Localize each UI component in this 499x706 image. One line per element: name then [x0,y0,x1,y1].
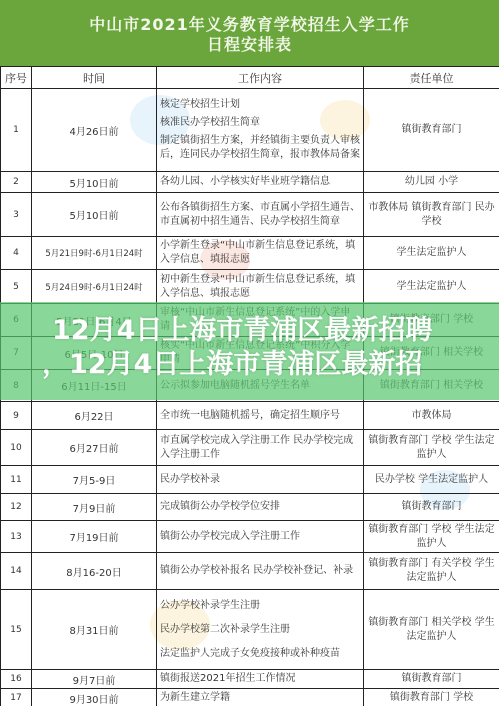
table-row: 10 6月27日前 市直属学校完成入学注册工作 民办学校完成入学注册工作 镇街教… [1,430,499,466]
table-row: 7 6月5日-10日 核实“中山市新生信息登记系统”中积分入学申请 镇街教育部门… [1,337,499,370]
table-row: 15 8月31日前 公办学校补录学生注册 民办学校第二次补录学生注册 法定监护人… [1,590,499,670]
cell-time: 9月30日前 [32,689,157,706]
cell-unit: 镇街教育部门 [364,494,499,521]
cell-no: 15 [1,590,32,670]
cell-unit: 幼儿园 小学 [364,172,499,193]
table-row: 17 9月30日前 为新生建立学籍 镇街教育部门 学校 [1,689,499,706]
cell-no: 17 [1,689,32,706]
col-header-no: 序号 [1,67,32,89]
cell-content: 全市统一电脑随机摇号，确定招生顺序号 [157,402,364,430]
cell-no: 13 [1,521,32,553]
table-row: 13 7月19日前 镇街公办学校完成入学注册工作 镇街教育部门 学校 学生法定监… [1,521,499,553]
cell-content: 完成镇街公办学校学位安排 [157,494,364,521]
content-line: 公办学校补录学生注册 [160,599,360,613]
cell-unit: 学生法定监护人 [364,270,499,304]
cell-unit: 镇街教育部门 [364,670,499,689]
table-row: 11 7月5-9日 民办学校补录 民办学校 学生法定监护人 [1,466,499,494]
table-row: 12 7月9日前 完成镇街公办学校学位安排 镇街教育部门 [1,494,499,521]
schedule-table: 序号 时间 工作内容 责任单位 1 4月26日前 核定学校招生计划 核准民办学校… [0,66,499,706]
table-row: 2 5月10日前 各幼儿园、小学核实好毕业班学籍信息 幼儿园 小学 [1,172,499,193]
cell-no: 8 [1,370,32,402]
table-row: 14 8月16-20日 镇街公办学校补报名 民办学校补登记、补录 镇街教育部门 … [1,553,499,590]
cell-no: 16 [1,670,32,689]
cell-time: 5月10日前 [32,193,157,237]
table-row: 3 5月10日前 公布各镇街招生方案、市直属小学招生通告、市直属初中招生通告、民… [1,193,499,237]
cell-no: 11 [1,466,32,494]
title-line-2: 日程安排表 [0,35,499,55]
table-row: 5 5月24日9时-6月1日24时 初中新生登录“中山市新生信息登记系统，填入学… [1,270,499,304]
cell-time: 7月5-9日 [32,466,157,494]
cell-no: 7 [1,337,32,370]
content-line: 民办学校第二次补录学生注册 [160,623,360,637]
cell-no: 12 [1,494,32,521]
cell-content: 公办学校补录学生注册 民办学校第二次补录学生注册 法定监护人完成子女免疫接种或补… [157,590,364,670]
cell-unit: 民办学校 学生法定监护人 [364,466,499,494]
cell-content: 镇街公办学校完成入学注册工作 [157,521,364,553]
content-line: 核准民办学校招生简章 [160,116,360,130]
cell-content: 镇街报送2021年招生工作情况 [157,670,364,689]
cell-time: 5月10日前 [32,172,157,193]
cell-content: 市直属学校完成入学注册工作 民办学校完成入学注册工作 [157,430,364,466]
cell-content: 为新生建立学籍 [157,689,364,706]
cell-time: 7月9日前 [32,494,157,521]
cell-unit: 镇街教育部门 相关学校 [364,370,499,402]
cell-unit: 镇街教育部门 相关学校 [364,337,499,370]
table-row: 4 5月21日9时-6月1日24时 小学新生登录“中山市新生信息登记系统，填入学… [1,237,499,270]
cell-time: 5月24日9时-6月1日24时 [32,270,157,304]
cell-unit: 镇街教育部门 学校 [364,689,499,706]
table-row: 9 6月22日 全市统一电脑随机摇号，确定招生顺序号 市教体局 [1,402,499,430]
cell-no: 14 [1,553,32,590]
cell-unit: 镇街教育部门 [364,89,499,172]
cell-unit: 镇街教育部门 学校 [364,304,499,337]
cell-content: 核实“中山市新生信息登记系统”中积分入学申请 [157,337,364,370]
cell-content: 民办学校补录 [157,466,364,494]
cell-content: 核定学校招生计划 核准民办学校招生简章 制定镇街招生方案，并经镇街主要负责人审核… [157,89,364,172]
cell-content: 小学新生登录“中山市新生信息登记系统，填入学信息、填报志愿 [157,237,364,270]
cell-unit: 镇街教育部门 学校 学生法定监护人 [364,430,499,466]
col-header-content: 工作内容 [157,67,364,89]
cell-no: 6 [1,304,32,337]
cell-time: 8月16-20日 [32,553,157,590]
content-line: 制定镇街招生方案，并经镇街主要负责人审核后，连同民办学校招生简章，报市教体局备案 [160,134,360,162]
cell-time: 6月5日-10日 [32,337,157,370]
cell-content: 审核“中山市新生信息登记系统”中的入学申请 [157,304,364,337]
col-header-time: 时间 [32,67,157,89]
content-line: 核定学校招生计划 [160,98,360,112]
cell-time: 5月21日9时-6月1日24时 [32,237,157,270]
cell-no: 5 [1,270,32,304]
cell-unit: 市教体局 [364,402,499,430]
cell-content: 公布各镇街招生方案、市直属小学招生通告、市直属初中招生通告、民办学校招生简章 [157,193,364,237]
cell-time: 5月21日-6月4日 [32,304,157,337]
cell-no: 1 [1,89,32,172]
cell-time: 9月7日前 [32,670,157,689]
header-row: 序号 时间 工作内容 责任单位 [1,67,499,89]
cell-unit: 镇街教育部门 相关学校 学生法定监护人 [364,590,499,670]
cell-unit: 市教体局 镇街教育部门 民办学校 [364,193,499,237]
cell-content: 公示拟参加电脑随机摇号学生名单 [157,370,364,402]
cell-no: 2 [1,172,32,193]
table-row: 1 4月26日前 核定学校招生计划 核准民办学校招生简章 制定镇街招生方案，并经… [1,89,499,172]
cell-content: 镇街公办学校补报名 民办学校补登记、补录 [157,553,364,590]
cell-unit: 学生法定监护人 [364,237,499,270]
cell-unit: 镇街教育部门 有关学校 学生法定监护人 [364,553,499,590]
title-line-1: 中山市2021年义务教育学校招生入学工作 [0,15,499,35]
content-line: 法定监护人完成子女免疫接种或补种疫苗 [160,647,360,661]
cell-time: 4月26日前 [32,89,157,172]
cell-time: 6月11日-15日 [32,370,157,402]
cell-no: 3 [1,193,32,237]
cell-time: 6月22日 [32,402,157,430]
cell-no: 10 [1,430,32,466]
cell-no: 4 [1,237,32,270]
cell-content: 初中新生登录“中山市新生信息登记系统，填入学信息、填报志愿 [157,270,364,304]
col-header-unit: 责任单位 [364,67,499,89]
table-row: 8 6月11日-15日 公示拟参加电脑随机摇号学生名单 镇街教育部门 相关学校 [1,370,499,402]
table-row: 6 5月21日-6月4日 审核“中山市新生信息登记系统”中的入学申请 镇街教育部… [1,304,499,337]
cell-time: 7月19日前 [32,521,157,553]
table-title: 中山市2021年义务教育学校招生入学工作 日程安排表 [0,0,499,66]
cell-no: 9 [1,402,32,430]
cell-unit: 镇街教育部门 学校 学生法定监护人 [364,521,499,553]
cell-time: 6月27日前 [32,430,157,466]
cell-time: 8月31日前 [32,590,157,670]
cell-content: 各幼儿园、小学核实好毕业班学籍信息 [157,172,364,193]
table-row: 16 9月7日前 镇街报送2021年招生工作情况 镇街教育部门 [1,670,499,689]
